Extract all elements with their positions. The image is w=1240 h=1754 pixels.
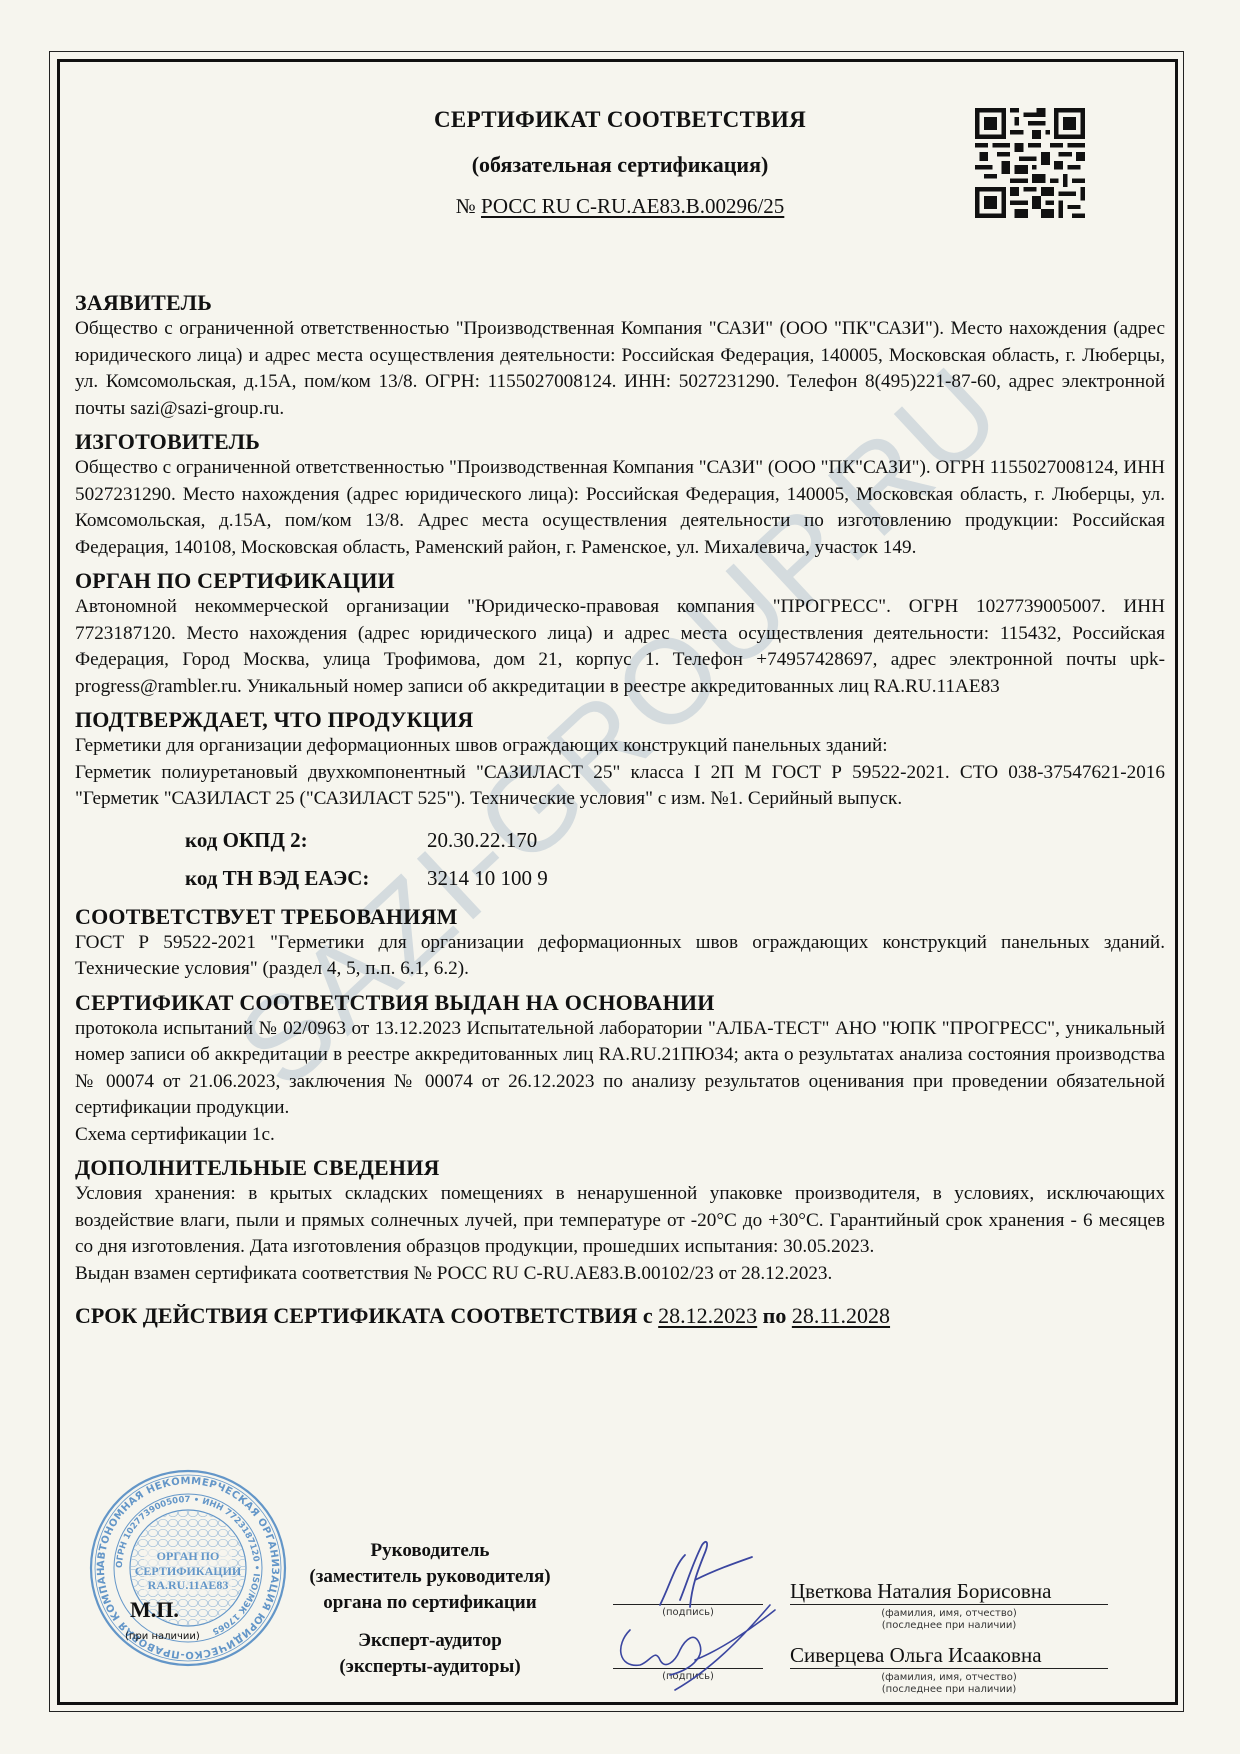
expert-role: Эксперт-аудитор (эксперты-аудиторы) xyxy=(300,1628,560,1680)
validity-label: СРОК ДЕЙСТВИЯ СЕРТИФИКАТА СООТВЕТСТВИЯ xyxy=(75,1303,637,1328)
code-label: код ТН ВЭД ЕАЭС: xyxy=(185,859,427,897)
section-title: СООТВЕТСТВУЕТ ТРЕБОВАНИЯМ xyxy=(75,904,1165,930)
role-line: органа по сертификации xyxy=(300,1590,560,1616)
seal-place-note: (при наличии) xyxy=(125,1631,200,1642)
replaces-note: Выдан взамен сертификата соответствия № … xyxy=(75,1261,1165,1288)
validity-period: СРОК ДЕЙСТВИЯ СЕРТИФИКАТА СООТВЕТСТВИЯ с… xyxy=(75,1301,1165,1331)
expert-name: Сиверцева Ольга Исааковна xyxy=(790,1642,1108,1669)
svg-text:СЕРТИФИКАЦИИ: СЕРТИФИКАЦИИ xyxy=(135,1564,242,1578)
validity-from-date: 28.12.2023 xyxy=(658,1303,757,1328)
name-caption-line: (последнее при наличии) xyxy=(790,1620,1108,1632)
applicant-section: ЗАЯВИТЕЛЬ Общество с ограниченной ответс… xyxy=(75,290,1165,422)
product-line: Герметики для организации деформационных… xyxy=(75,733,1165,760)
product-codes: код ОКПД 2: 20.30.22.170 код ТН ВЭД ЕАЭС… xyxy=(185,821,1165,897)
expert-signature-icon xyxy=(600,1590,780,1700)
additional-section: ДОПОЛНИТЕЛЬНЫЕ СВЕДЕНИЯ Условия хранения… xyxy=(75,1155,1165,1287)
certificate-body: ЗАЯВИТЕЛЬ Общество с ограниченной ответс… xyxy=(75,290,1165,1331)
section-body: Автономной некоммерческой организации "Ю… xyxy=(75,594,1165,700)
number-value: РОСС RU С-RU.АЕ83.В.00296/25 xyxy=(481,194,784,218)
section-body: протокола испытаний № 02/0963 от 13.12.2… xyxy=(75,1016,1165,1122)
name-caption: (фамилия, имя, отчество) (последнее при … xyxy=(790,1608,1108,1632)
section-body: Герметик полиуретановый двухкомпонентный… xyxy=(75,760,1165,813)
head-name: Цветкова Наталия Борисовна xyxy=(790,1578,1108,1605)
qr-code-icon[interactable] xyxy=(975,108,1085,218)
role-line: Руководитель xyxy=(300,1538,560,1564)
section-body: ГОСТ Р 59522-2021 "Герметики для организ… xyxy=(75,930,1165,983)
head-role: Руководитель (заместитель руководителя) … xyxy=(300,1538,560,1616)
name-caption-line: (фамилия, имя, отчество) xyxy=(790,1672,1108,1684)
validity-from-word: с xyxy=(643,1303,653,1328)
validity-to-word: по xyxy=(763,1303,787,1328)
role-line: (эксперты-аудиторы) xyxy=(300,1654,560,1680)
section-body: Общество с ограниченной ответственностью… xyxy=(75,316,1165,422)
number-prefix: № xyxy=(456,194,476,218)
section-title: ПОДТВЕРЖДАЕТ, ЧТО ПРОДУКЦИЯ xyxy=(75,707,1165,733)
section-title: ДОПОЛНИТЕЛЬНЫЕ СВЕДЕНИЯ xyxy=(75,1155,1165,1181)
name-caption-line: (последнее при наличии) xyxy=(790,1684,1108,1696)
role-line: Эксперт-аудитор xyxy=(300,1628,560,1654)
section-title: ЗАЯВИТЕЛЬ xyxy=(75,290,1165,316)
validity-to-date: 28.11.2028 xyxy=(792,1303,890,1328)
code-tnved: код ТН ВЭД ЕАЭС: 3214 10 100 9 xyxy=(185,859,1165,897)
code-okpd2: код ОКПД 2: 20.30.22.170 xyxy=(185,821,1165,859)
seal-place-label: М.П. xyxy=(130,1597,179,1623)
requirements-section: СООТВЕТСТВУЕТ ТРЕБОВАНИЯМ ГОСТ Р 59522-2… xyxy=(75,904,1165,983)
name-caption-line: (фамилия, имя, отчество) xyxy=(790,1608,1108,1620)
section-title: ОРГАН ПО СЕРТИФИКАЦИИ xyxy=(75,568,1165,594)
section-title: СЕРТИФИКАТ СООТВЕТСТВИЯ ВЫДАН НА ОСНОВАН… xyxy=(75,990,1165,1016)
svg-text:RA.RU.11AE83: RA.RU.11AE83 xyxy=(148,1578,229,1592)
product-section: ПОДТВЕРЖДАЕТ, ЧТО ПРОДУКЦИЯ Герметики дл… xyxy=(75,707,1165,897)
name-caption: (фамилия, имя, отчество) (последнее при … xyxy=(790,1672,1108,1696)
section-title: ИЗГОТОВИТЕЛЬ xyxy=(75,429,1165,455)
section-body: Условия хранения: в крытых складских пом… xyxy=(75,1181,1165,1261)
role-line: (заместитель руководителя) xyxy=(300,1564,560,1590)
code-label: код ОКПД 2: xyxy=(185,821,427,859)
certification-scheme: Схема сертификации 1с. xyxy=(75,1122,1165,1149)
code-value: 20.30.22.170 xyxy=(427,821,537,859)
manufacturer-section: ИЗГОТОВИТЕЛЬ Общество с ограниченной отв… xyxy=(75,429,1165,561)
certification-body-section: ОРГАН ПО СЕРТИФИКАЦИИ Автономной некомме… xyxy=(75,568,1165,700)
section-body: Общество с ограниченной ответственностью… xyxy=(75,455,1165,561)
basis-section: СЕРТИФИКАТ СООТВЕТСТВИЯ ВЫДАН НА ОСНОВАН… xyxy=(75,990,1165,1149)
code-value: 3214 10 100 9 xyxy=(427,859,548,897)
svg-text:ОРГАН ПО: ОРГАН ПО xyxy=(157,1549,220,1563)
